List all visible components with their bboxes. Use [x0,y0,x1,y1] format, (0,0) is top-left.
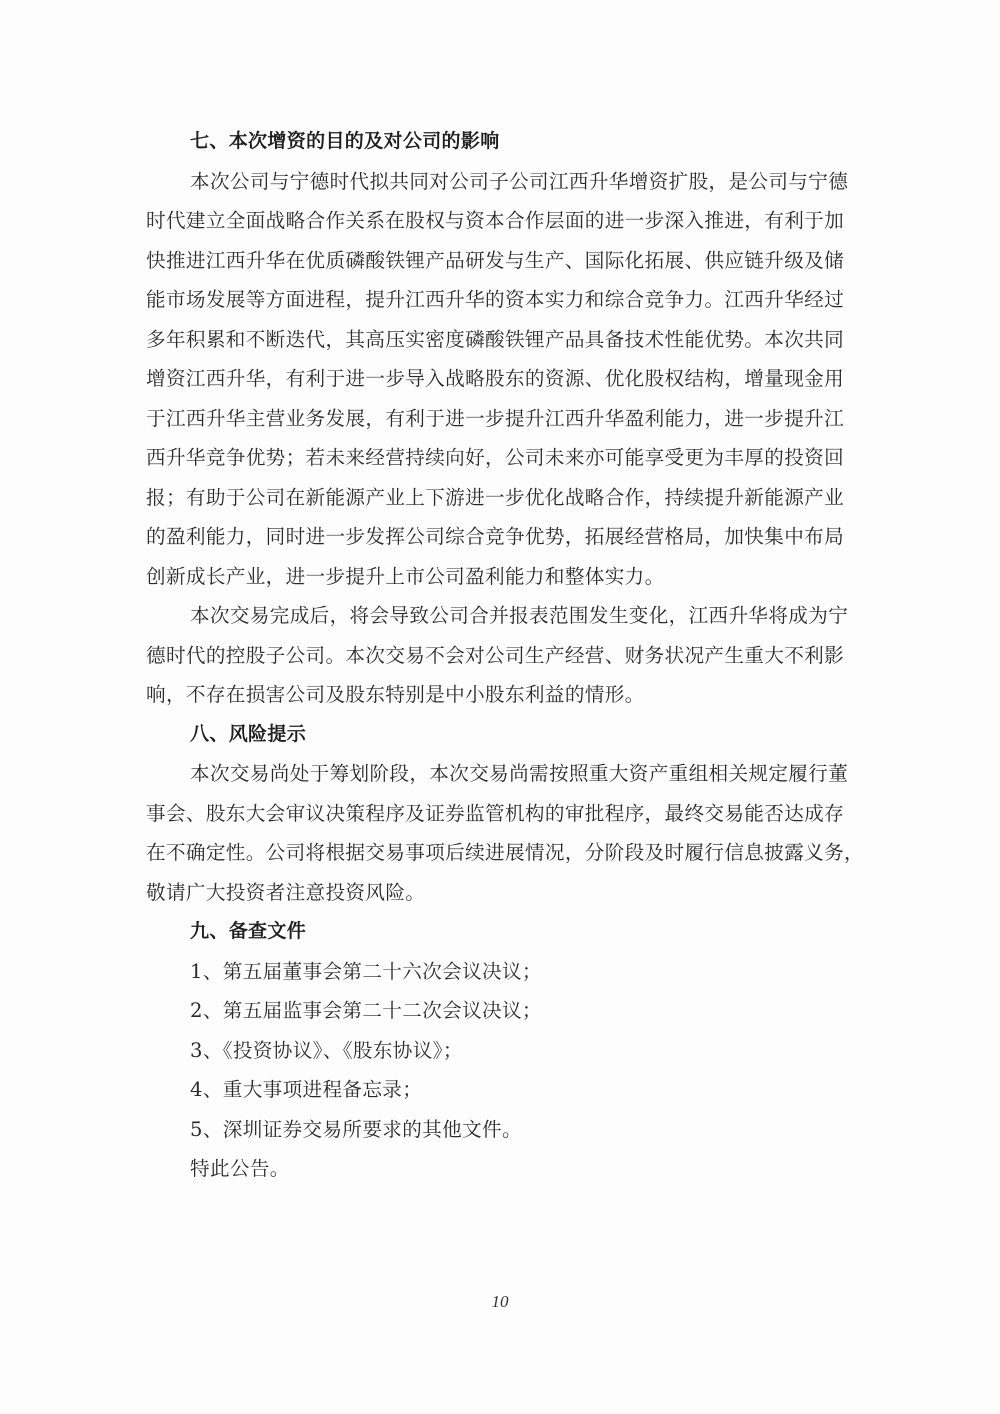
text-line: 能市场发展等方面进程，提升江西升华的资本实力和综合竞争力。江西升华经过 [146,280,858,320]
reference-documents-list: 1、第五届董事会第二十六次会议决议； 2、第五届监事会第二十二次会议决议； 3、… [146,952,858,1150]
section-heading-8: 八、风险提示 [146,715,858,755]
text-line: 西升华竞争优势；若未来经营持续向好，公司未来亦可能享受更为丰厚的投资回 [146,438,858,478]
section-7-paragraph-1: 本次公司与宁德时代拟共同对公司子公司江西升华增资扩股，是公司与宁德 时代建立全面… [146,162,858,597]
text-line: 本次交易尚处于筹划阶段，本次交易尚需按照重大资产重组相关规定履行董 [146,754,858,794]
text-line: 多年积累和不断迭代，其高压实密度磷酸铁锂产品具备技术性能优势。本次共同 [146,320,858,360]
section-7-paragraph-2: 本次交易完成后，将会导致公司合并报表范围发生变化，江西升华将成为宁 德时代的控股… [146,596,858,715]
list-item: 1、第五届董事会第二十六次会议决议； [146,952,858,992]
text-line: 本次交易完成后，将会导致公司合并报表范围发生变化，江西升华将成为宁 [146,596,858,636]
document-page: 七、本次增资的目的及对公司的影响 本次公司与宁德时代拟共同对公司子公司江西升华增… [0,0,1000,1414]
text-line: 事会、股东大会审议决策程序及证券监管机构的审批程序，最终交易能否达成存 [146,794,858,834]
text-line: 德时代的控股子公司。本次交易不会对公司生产经营、财务状况产生重大不利影 [146,636,858,676]
text-line: 创新成长产业，进一步提升上市公司盈利能力和整体实力。 [146,557,858,597]
page-number: 10 [0,1292,1000,1312]
document-body: 七、本次增资的目的及对公司的影响 本次公司与宁德时代拟共同对公司子公司江西升华增… [146,122,858,1189]
list-item: 3、《投资协议》、《股东协议》； [146,1031,858,1071]
text-line: 的盈利能力，同时进一步发挥公司综合竞争优势，拓展经营格局，加快集中布局 [146,517,858,557]
list-item: 5、深圳证券交易所要求的其他文件。 [146,1110,858,1150]
text-line: 响，不存在损害公司及股东特别是中小股东利益的情形。 [146,675,858,715]
text-line: 增资江西升华，有利于进一步导入战略股东的资源、优化股权结构，增量现金用 [146,359,858,399]
section-heading-9: 九、备查文件 [146,912,858,952]
closing-statement: 特此公告。 [146,1149,858,1189]
text-line: 于江西升华主营业务发展，有利于进一步提升江西升华盈利能力，进一步提升江 [146,399,858,439]
text-line: 快推进江西升华在优质磷酸铁锂产品研发与生产、国际化拓展、供应链升级及储 [146,241,858,281]
text-line: 敬请广大投资者注意投资风险。 [146,873,858,913]
text-line: 在不确定性。公司将根据交易事项后续进展情况，分阶段及时履行信息披露义务， [146,833,858,873]
section-8-paragraph-1: 本次交易尚处于筹划阶段，本次交易尚需按照重大资产重组相关规定履行董 事会、股东大… [146,754,858,912]
text-line: 报；有助于公司在新能源产业上下游进一步优化战略合作，持续提升新能源产业 [146,478,858,518]
text-line: 本次公司与宁德时代拟共同对公司子公司江西升华增资扩股，是公司与宁德 [146,162,858,202]
list-item: 4、重大事项进程备忘录； [146,1070,858,1110]
section-heading-7: 七、本次增资的目的及对公司的影响 [146,122,858,162]
list-item: 2、第五届监事会第二十二次会议决议； [146,991,858,1031]
text-line: 时代建立全面战略合作关系在股权与资本合作层面的进一步深入推进，有利于加 [146,201,858,241]
